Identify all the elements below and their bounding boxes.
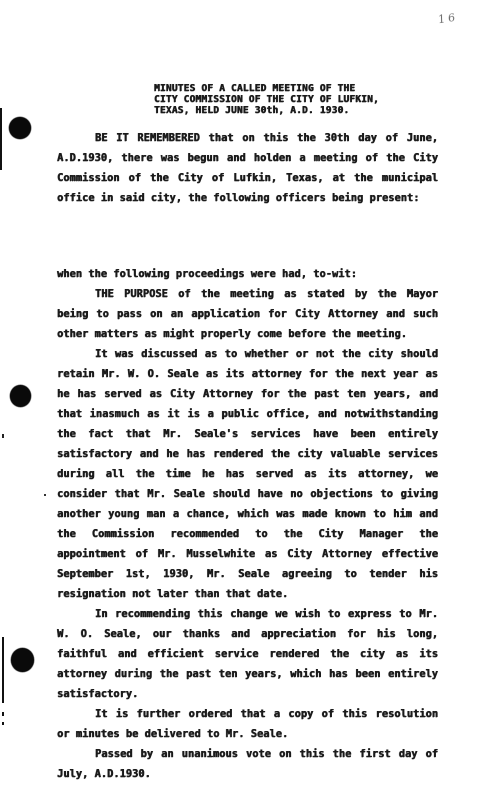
hole-punch-mark — [11, 648, 34, 672]
document-body: MINUTES OF A CALLED MEETING OF THE CITY … — [57, 0, 438, 784]
document-title: MINUTES OF A CALLED MEETING OF THE CITY … — [154, 83, 438, 116]
scan-speck — [44, 494, 46, 496]
hole-punch-mark — [10, 385, 31, 407]
document-title-line: MINUTES OF A CALLED MEETING OF THE — [154, 83, 438, 94]
scan-edge-artifact — [2, 637, 4, 703]
hole-punch-mark — [9, 117, 31, 139]
body-paragraph: It is further ordered that a copy of thi… — [57, 704, 438, 744]
document-page: 16 MINUTES OF A CALLED MEETING OF THE CI… — [0, 0, 488, 800]
document-title-line: CITY COMMISSION OF THE CITY OF LUFKIN, — [154, 94, 438, 105]
body-paragraph: In recommending this change we wish to e… — [57, 604, 438, 704]
body-paragraph: Passed by an unanimous vote on this the … — [57, 744, 438, 784]
scan-edge-artifact — [0, 108, 2, 170]
scan-edge-artifact — [2, 712, 4, 716]
scan-speck — [2, 434, 4, 438]
body-paragraph: THE PURPOSE of the meeting as stated by … — [57, 284, 438, 344]
handwritten-page-number: 16 — [438, 11, 458, 27]
body-paragraph: when the following proceedings were had,… — [57, 264, 438, 284]
body-paragraph: It was discussed as to whether or not th… — [57, 344, 438, 604]
body-paragraph: BE IT REMEMBERED that on this the 30th d… — [57, 128, 438, 208]
scan-edge-artifact — [2, 722, 4, 725]
document-title-line: TEXAS, HELD JUNE 30th, A.D. 1930. — [154, 105, 438, 116]
